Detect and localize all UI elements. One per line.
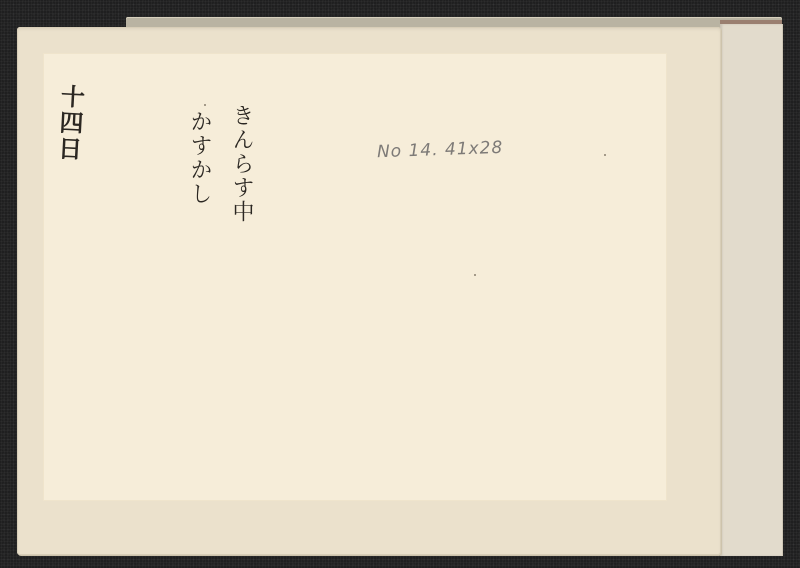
calligraphy-paper bbox=[44, 54, 666, 500]
calligraphy-column-left: かすかし bbox=[188, 110, 210, 206]
right-cover-flap bbox=[720, 24, 782, 556]
calligraphy-column-right: きんらす中 bbox=[230, 104, 252, 224]
calligraphy-date-column: 十四日 bbox=[55, 83, 83, 162]
